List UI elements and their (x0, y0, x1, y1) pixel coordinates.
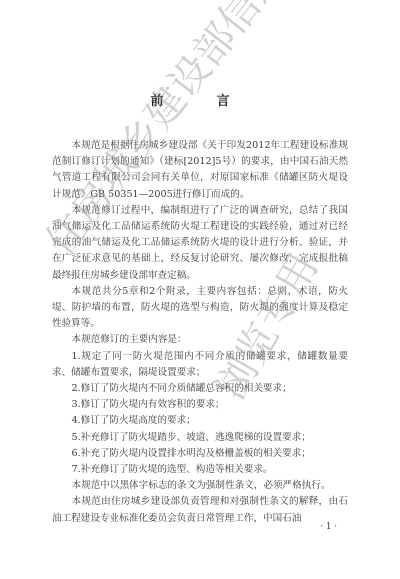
paragraph-intro: 本规范是根据住房城乡建设部《关于印发2012年工程建设标准规范制订修订计划的通知… (52, 138, 348, 203)
change-item-7: 7.补充修订了防火堤的选型、构造等相关要求。 (52, 462, 348, 478)
document-body: 本规范是根据住房城乡建设部《关于印发2012年工程建设标准规范制订修订计划的通知… (52, 138, 348, 527)
paragraph-process: 本规范修订过程中，编制组进行了广泛的调查研究，总结了我国油气储运及化工品储运系统… (52, 203, 348, 284)
change-item-4: 4.修订了防火堤高度的要求； (52, 413, 348, 429)
paragraph-management: 本规范由住房城乡建设部负责管理和对强制性条文的解释，由石油工程建设专业标准化委员… (52, 494, 348, 526)
change-item-1: 1.规定了同一防火堤范围内不同介质的储罐要求，储罐数量要求、储罐布置要求，隔堤设… (52, 349, 348, 381)
paragraph-contents: 本规范共分5章和2个附录，主要内容包括：总则，术语，防火堤、防护墙的布置，防火堤… (52, 284, 348, 333)
change-item-6: 6.补充了防火堤内设置排水明沟及格栅盖板的相关要求； (52, 446, 348, 462)
paragraph-mandatory: 本规范中以黑体字标志的条文为强制性条文，必须严格执行。 (52, 478, 348, 494)
change-item-3: 3.修订了防火堤内有效容积的要求； (52, 397, 348, 413)
page-number: · 1 · (320, 522, 337, 532)
page-title: 前 言 (0, 90, 400, 109)
paragraph-changes-heading: 本规范修订的主要内容是： (52, 332, 348, 348)
document-page: 前 言 本规范是根据住房城乡建设部《关于印发2012年工程建设标准规范制订修订计… (0, 0, 400, 579)
change-item-2: 2.修订了防火堤内不同介质储罐总容积的相关要求； (52, 381, 348, 397)
change-item-5: 5.补充修订了防火堤踏步、坡道、逃逸爬梯的设置要求； (52, 430, 348, 446)
